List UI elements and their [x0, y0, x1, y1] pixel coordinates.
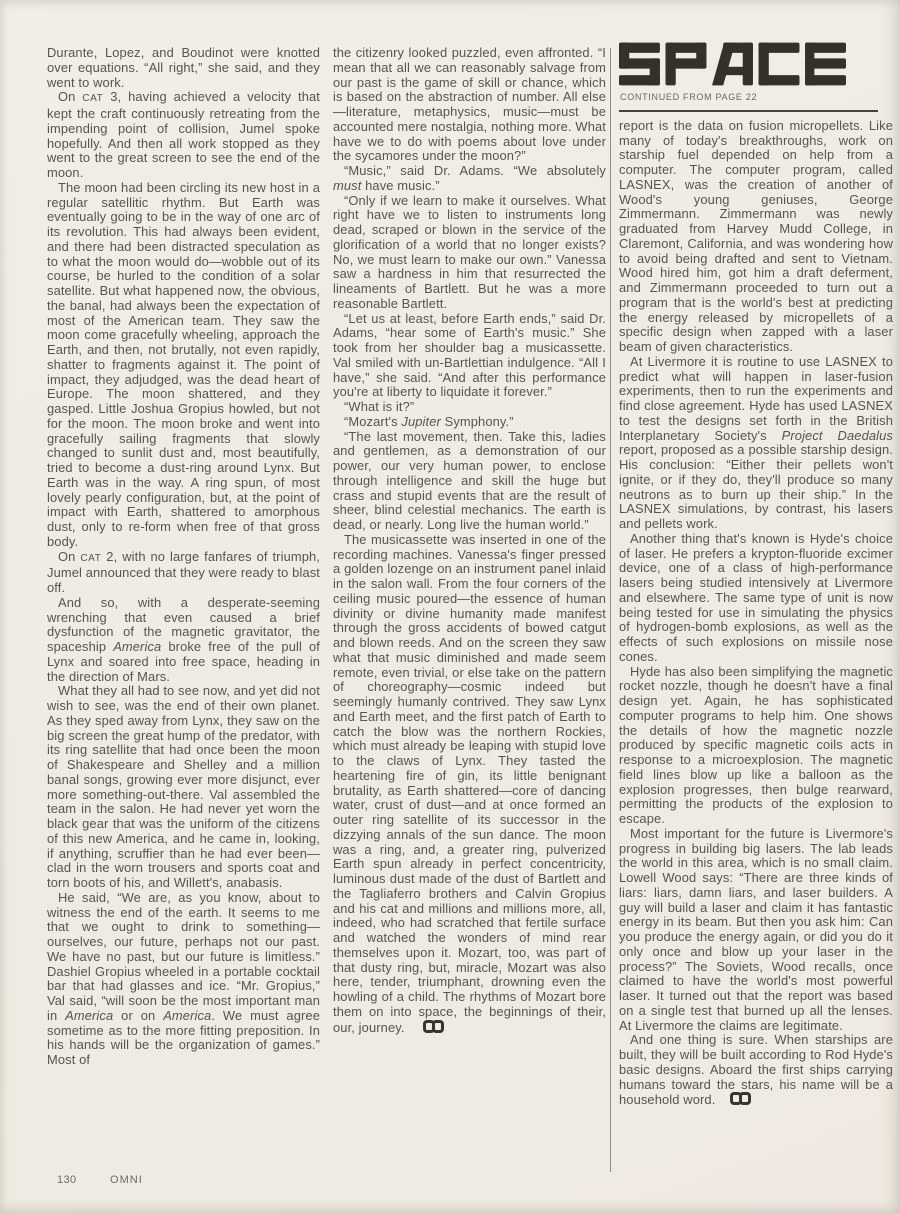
paragraph: What they all had to see now, and yet di…: [47, 684, 320, 891]
paragraph: “Let us at least, before Earth ends,” sa…: [333, 312, 606, 401]
paragraph: On CAT 3, having achieved a velocity tha…: [47, 90, 320, 181]
paragraph: And so, with a desperate-seeming wrenchi…: [47, 596, 320, 685]
page-footer: 130 OMNI: [57, 1174, 143, 1186]
paragraph: “The last movement, then. Take this, lad…: [333, 430, 606, 533]
paragraph: report is the data on fusion micropellet…: [619, 119, 893, 355]
paragraph: At Livermore it is routine to use LASNEX…: [619, 355, 893, 532]
paragraph: “Music,” said Dr. Adams. “We absolutely …: [333, 164, 606, 194]
column-3: SPACE: [619, 40, 893, 1109]
paragraph: Most important for the future is Livermo…: [619, 827, 893, 1034]
column-1: Durante, Lopez, and Boudinot were knotte…: [47, 46, 320, 1068]
column-2: the citizenry looked puzzled, even affro…: [333, 46, 606, 1036]
end-of-article-icon: [412, 1020, 444, 1037]
column-divider-rule: [610, 48, 611, 1172]
section-header-rule: [619, 110, 878, 112]
column-3-body: report is the data on fusion micropellet…: [619, 119, 893, 1109]
paragraph: And one thing is sure. When starships ar…: [619, 1033, 893, 1109]
magazine-name: OMNI: [110, 1174, 143, 1186]
paragraph: He said, “We are, as you know, about to …: [47, 891, 320, 1068]
paragraph: “Mozart's Jupiter Symphony.”: [333, 415, 606, 430]
paragraph: The musicassette was inserted in one of …: [333, 533, 606, 1037]
end-of-article-icon: [719, 1092, 751, 1109]
paragraph: the citizenry looked puzzled, even affro…: [333, 46, 606, 164]
paragraph: The moon had been circling its new host …: [47, 181, 320, 550]
paragraph: “What is it?”: [333, 400, 606, 415]
paragraph: Hyde has also been simplifying the magne…: [619, 665, 893, 827]
paragraph: “Only if we learn to make it ourselves. …: [333, 194, 606, 312]
space-logo: [619, 42, 846, 86]
paragraph: On CAT 2, with no large fanfares of triu…: [47, 550, 320, 596]
paragraph: Another thing that's known is Hyde's cho…: [619, 532, 893, 665]
paragraph: Durante, Lopez, and Boudinot were knotte…: [47, 46, 320, 90]
page-number: 130: [57, 1174, 77, 1186]
section-header: SPACE: [619, 42, 893, 112]
continued-from-label: CONTINUED FROM PAGE 22: [620, 90, 893, 105]
magazine-page: Durante, Lopez, and Boudinot were knotte…: [0, 0, 900, 1213]
